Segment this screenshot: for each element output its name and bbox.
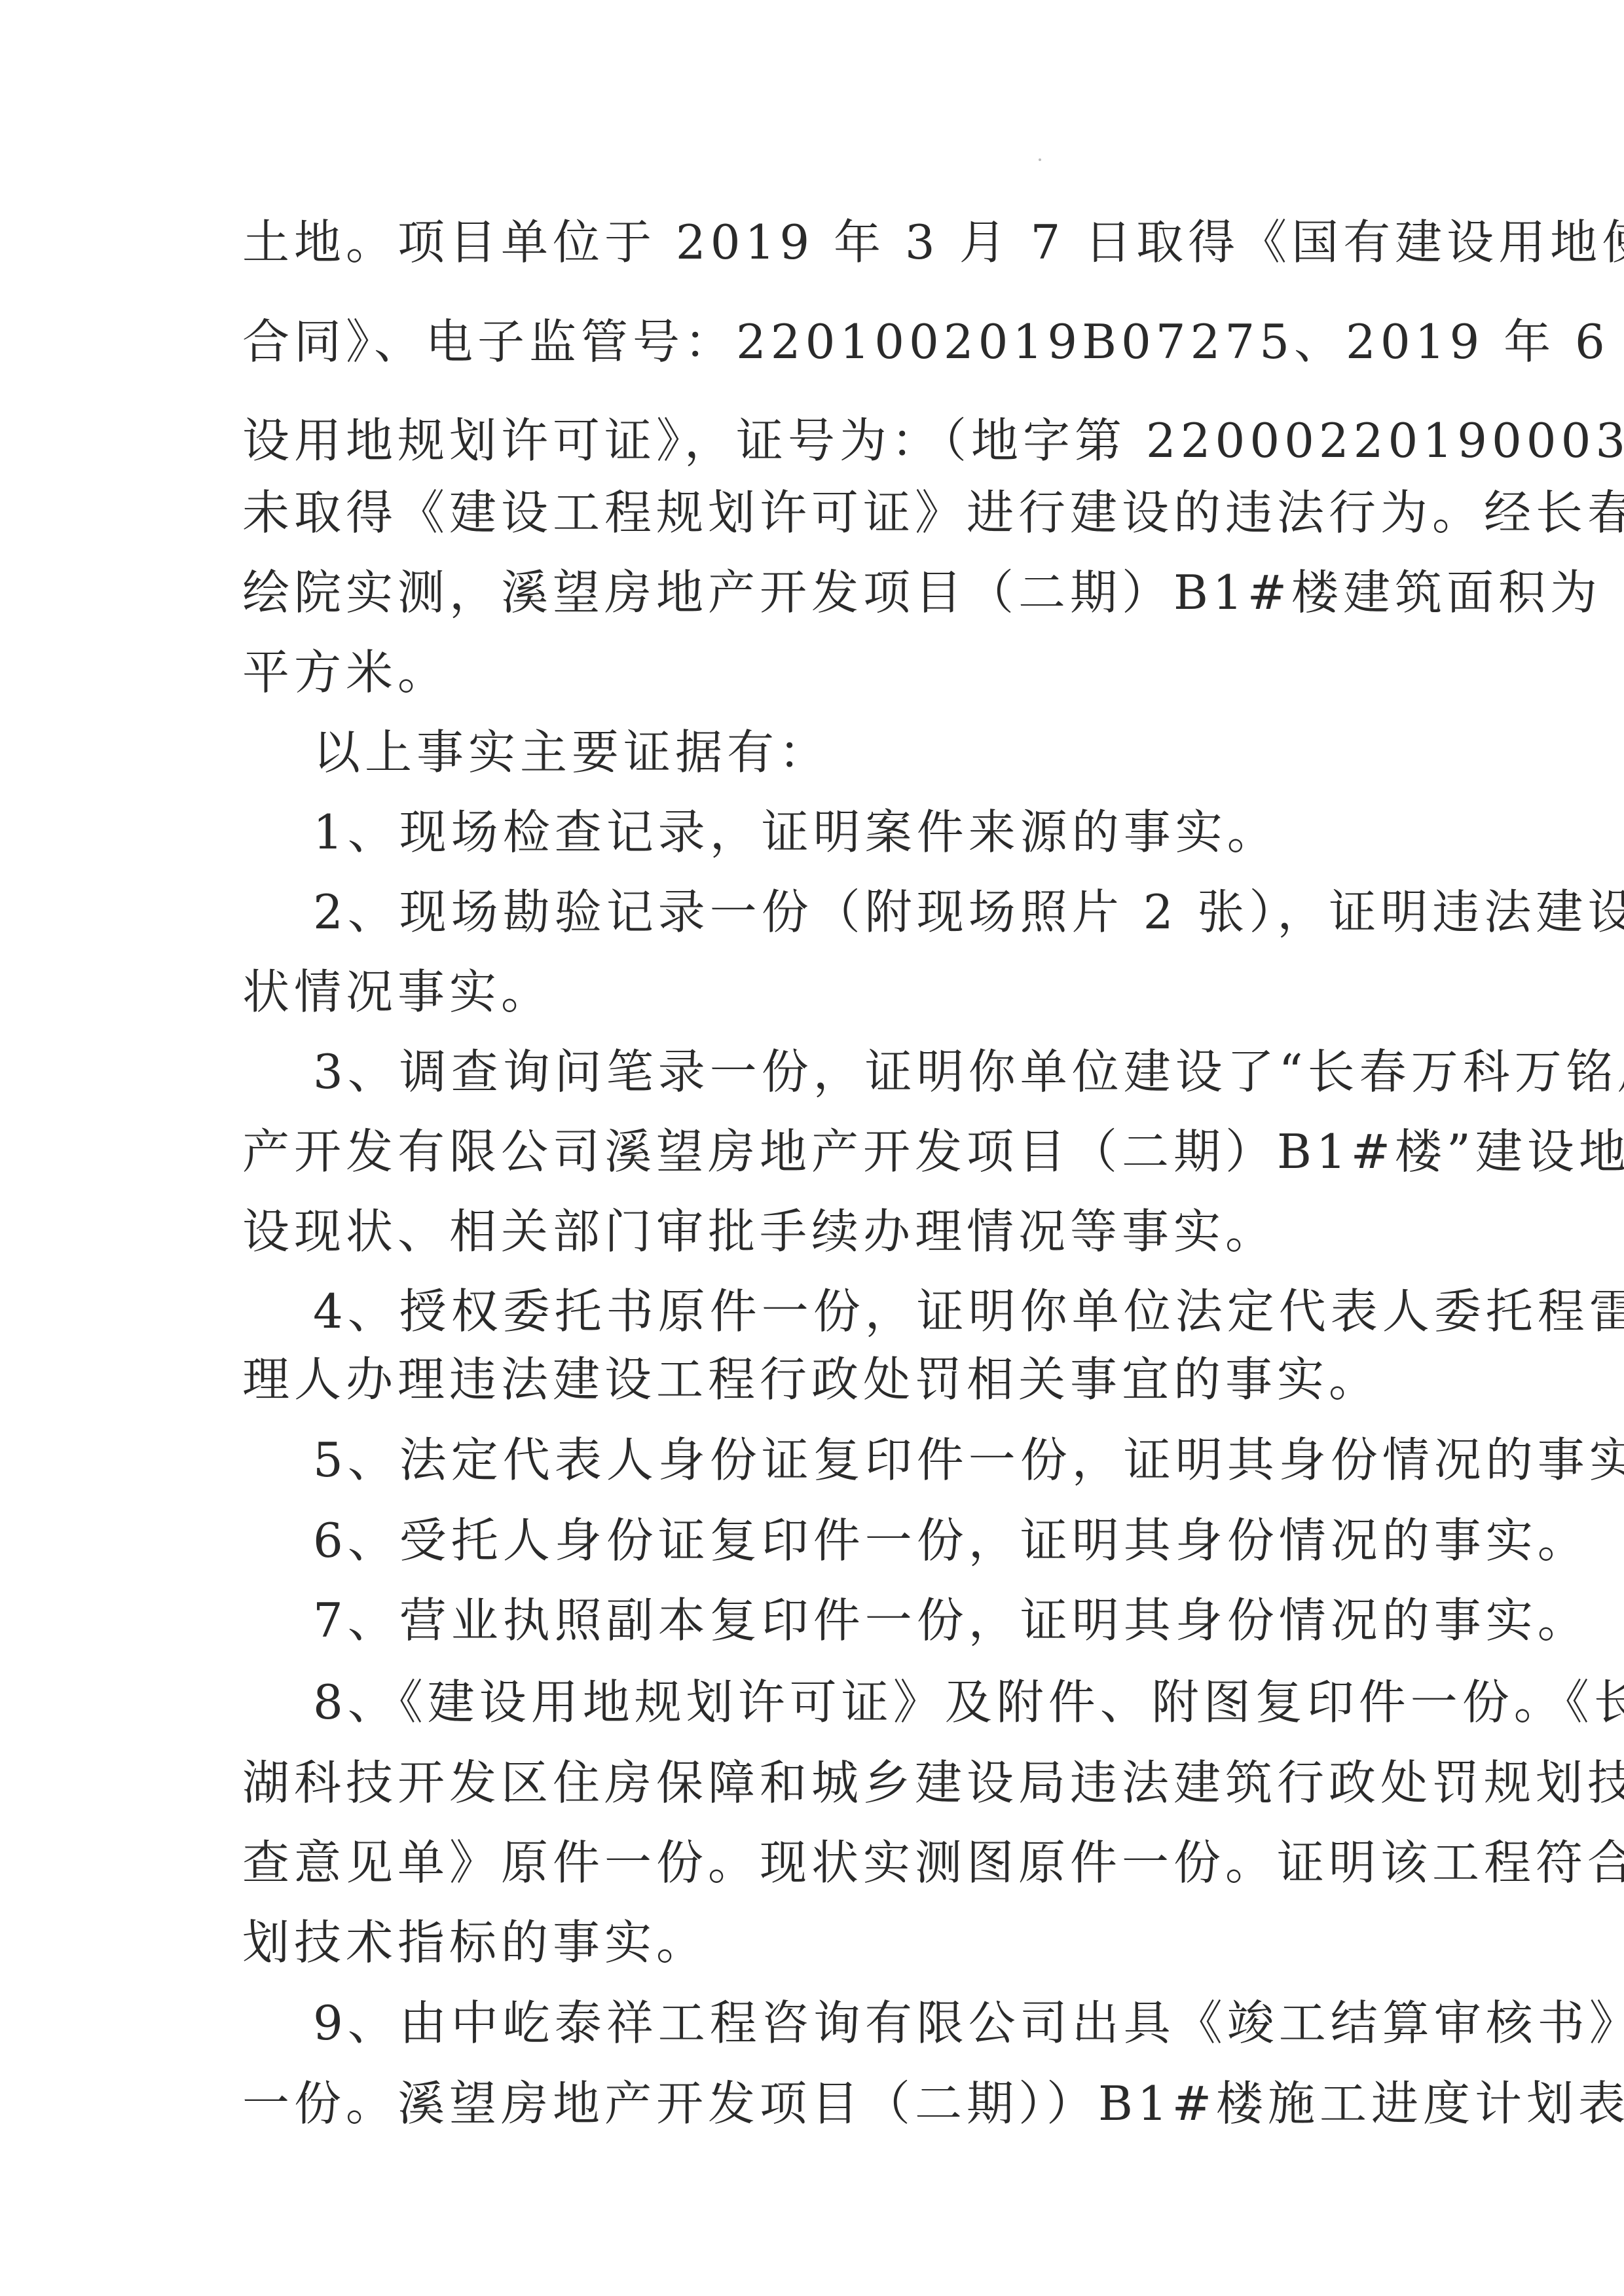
evidence-item-7: 7、营业执照副本复印件一份，证明其身份情况的事实。 — [313, 1591, 1385, 1650]
evidence-item-4-cont: 理人办理违法建设工程行政处罚相关事宜的事实。 — [242, 1350, 1385, 1409]
body-line-3: 设用地规划许可证》，证号为：（地字第 220002201900036 号），存在 — [242, 411, 1385, 470]
evidence-item-3-cont-2: 设现状、相关部门审批手续办理情况等事实。 — [242, 1202, 1385, 1261]
scan-speck — [1039, 158, 1041, 161]
evidence-item-8-cont-2: 查意见单》原件一份。现状实测图原件一份。证明该工程符合相关规 — [242, 1833, 1385, 1892]
body-line-4: 未取得《建设工程规划许可证》进行建设的违法行为。经长春市测 — [242, 483, 1385, 542]
evidence-item-2-cont: 状情况事实。 — [242, 962, 1385, 1021]
evidence-item-2: 2、现场勘验记录一份（附现场照片 2 张），证明违法建设工程现 — [313, 883, 1385, 941]
evidence-item-4: 4、授权委托书原件一份，证明你单位法定代表人委托程雷为代 — [313, 1282, 1385, 1341]
body-line-5: 绘院实测，溪望房地产开发项目（二期）B1#楼建筑面积为 2639.43 — [242, 563, 1385, 622]
evidence-item-8: 8、《建设用地规划许可证》及附件、附图复印件一份。《长春北 — [313, 1673, 1385, 1732]
evidence-item-6: 6、受托人身份证复印件一份，证明其身份情况的事实。 — [313, 1511, 1385, 1570]
evidence-item-3-cont-1: 产开发有限公司溪望房地产开发项目（二期）B1#楼”建设地址、建 — [242, 1122, 1385, 1181]
evidence-item-3: 3、调查询问笔录一份，证明你单位建设了“长春万科万铭房地 — [313, 1042, 1385, 1101]
evidence-item-8-cont-1: 湖科技开发区住房保障和城乡建设局违法建筑行政处罚规划技术审 — [242, 1753, 1385, 1812]
evidence-item-8-cont-3: 划技术指标的事实。 — [242, 1913, 1385, 1972]
evidence-item-9-cont: 一份。溪望房地产开发项目（二期））B1#楼施工进度计划表说明原件 — [242, 2074, 1385, 2133]
body-line-1: 土地。项目单位于 2019 年 3 月 7 日取得《国有建设用地使用权出让 — [242, 213, 1385, 272]
evidence-item-9: 9、由中屹泰祥工程咨询有限公司出具《竣工结算审核书》原件 — [313, 1994, 1385, 2052]
evidence-item-5: 5、法定代表人身份证复印件一份，证明其身份情况的事实。 — [313, 1430, 1385, 1489]
body-line-6: 平方米。 — [242, 643, 1385, 702]
body-line-2: 合同》、电子监管号：2201002019B07275、2019 年 6 月 18… — [242, 312, 1385, 371]
evidence-heading: 以上事实主要证据有： — [313, 723, 1385, 782]
document-page: 土地。项目单位于 2019 年 3 月 7 日取得《国有建设用地使用权出让 合同… — [0, 0, 1624, 2296]
evidence-item-1: 1、现场检查记录，证明案件来源的事实。 — [313, 803, 1385, 862]
